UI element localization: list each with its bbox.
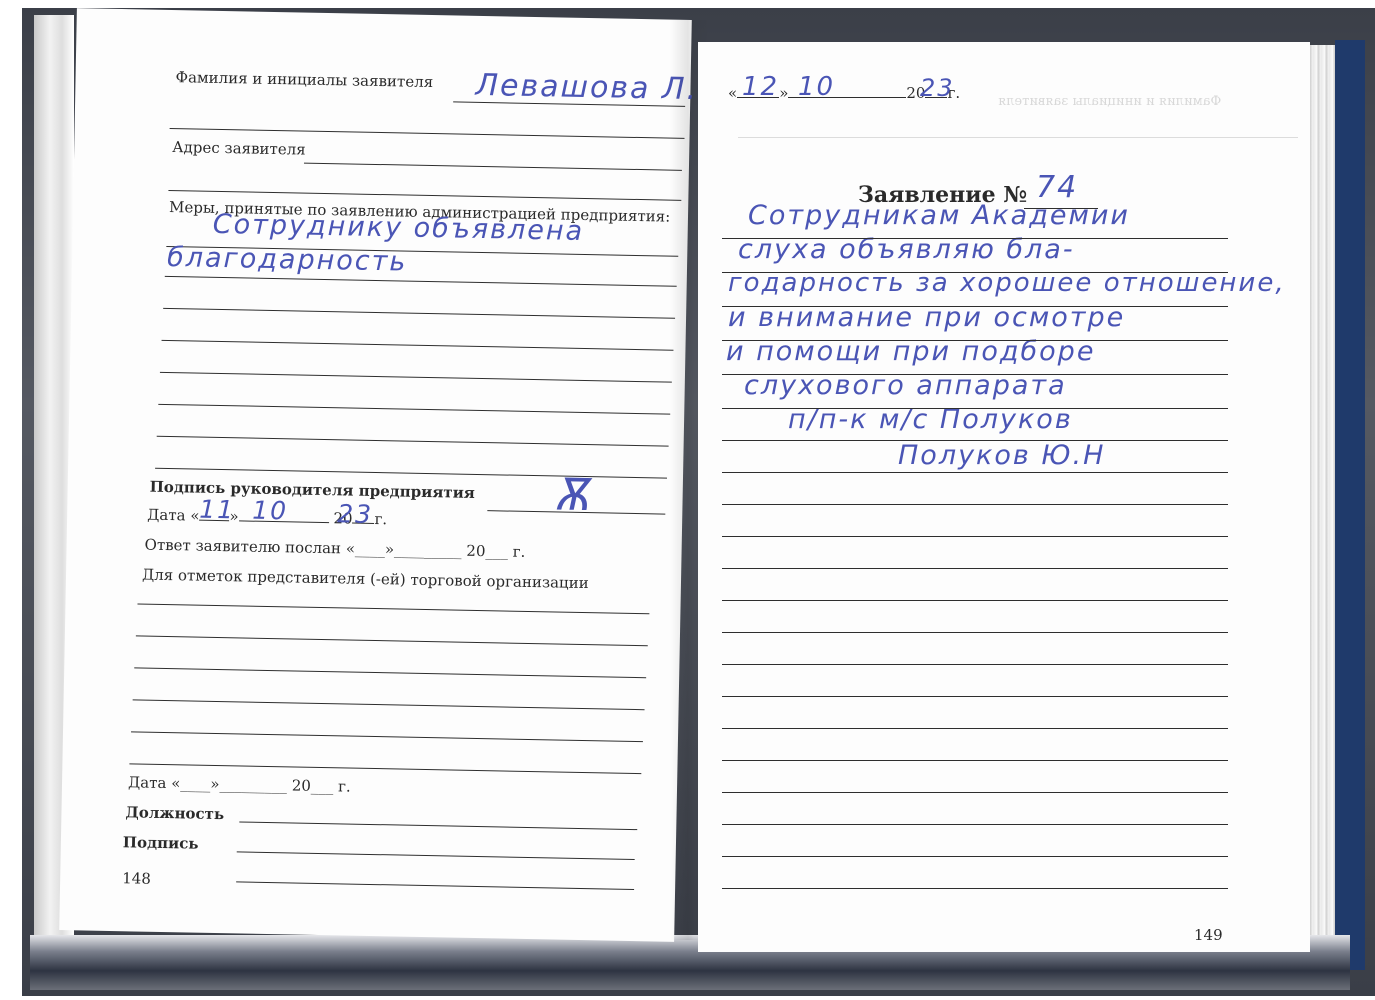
manager-date-month: 10 [252,496,288,526]
right-date-day: 12 [742,72,779,102]
right-page: Фамилия и инициалы заявителя «»20г. 12 1… [698,42,1310,952]
bleed-through-text: Фамилия и инициалы заявителя [998,94,1221,109]
book-cover-right [1335,40,1365,970]
signature-label: Подпись [123,833,199,852]
reply-sent-label: Ответ заявителю послан «____»_________ 2… [144,536,525,561]
statement-line: Сотрудникам Академии [748,200,1130,231]
final-date-label: Дата «____»_________ 20___ г. [128,773,351,795]
applicant-address-label: Адрес заявителя [172,138,306,159]
manager-date-year: 23 [337,499,373,529]
right-date-month: 10 [798,72,835,102]
manager-signature-handwritten: Ѫ [557,470,595,522]
manager-signature-label: Подпись руководителя предприятия [150,478,475,502]
manager-date-day: 11 [199,495,235,525]
position-label: Должность [125,803,224,823]
trade-org-notes-label: Для отметок представителя (-ей) торговой… [142,566,589,593]
right-date-year: 23 [920,74,955,102]
left-page: Фамилия и инициалы заявителя Левашова Л.… [59,8,692,942]
applicant-name-label: Фамилия и инициалы заявителя [175,68,433,91]
applicant-name-handwritten: Левашова Л. [475,68,698,107]
measures-handwritten-line2: благодарность [167,242,408,278]
page-number-right: 149 [1194,926,1223,944]
measures-handwritten-line1: Сотруднику объявлена [212,209,584,247]
page-number-left: 148 [122,869,151,888]
statement-line: Полуков Ю.Н [898,440,1105,471]
